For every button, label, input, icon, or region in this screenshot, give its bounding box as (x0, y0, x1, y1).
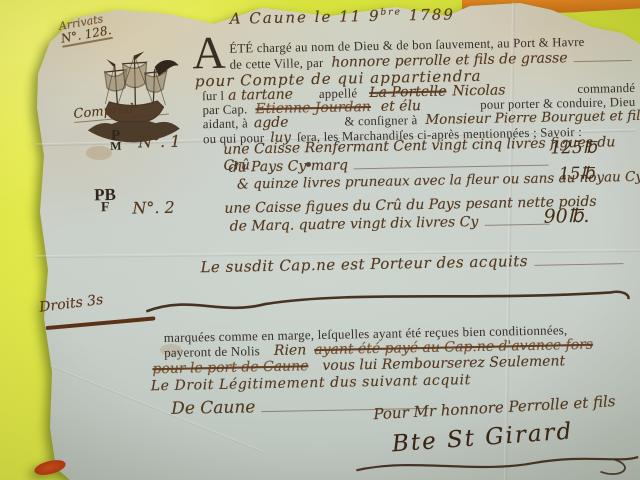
item2-number: N°. 2 (132, 198, 175, 218)
item1-amount1: 125℔ (550, 138, 597, 159)
ruled-line (534, 263, 623, 266)
porteur-line-row: Le susdit Cap.ne est Porteur des acquits (200, 250, 625, 276)
date-line: A Caune le 11 9bre 1789 (230, 5, 456, 27)
item2-amount1: 90℔. (543, 205, 589, 228)
ink-flourish-stroke (141, 282, 637, 324)
mark-bottom: M (110, 142, 122, 152)
document-content: Arrivats N°. 128. (0, 0, 640, 480)
item1-amount2: 15℔ (559, 164, 595, 185)
mark-bottom: F (101, 202, 110, 213)
dropcap-A: A (192, 30, 226, 77)
ruled-line (574, 60, 632, 62)
item1-merchant-mark: P M (110, 130, 122, 152)
item2-merchant-mark: PB F (94, 188, 116, 213)
ruled-line (354, 165, 549, 170)
photograph-of-document: Arrivats N°. 128. (0, 0, 640, 480)
closing-printed-2: payeront de Nolis (164, 343, 260, 361)
corner-archival-note: Arrivats N°. 128. (58, 12, 113, 48)
ruled-line (484, 224, 549, 226)
porteur-line: Le susdit Cap.ne est Porteur des acquits (200, 252, 528, 276)
date-month: 9 (369, 7, 381, 25)
closing-hw-rien: Rien (274, 342, 307, 359)
signature-flourish (352, 449, 640, 480)
place-signoff: De Caune (171, 397, 256, 419)
closing-hw-2: vous lui Rembourserez Seulement (322, 353, 565, 374)
item2-line2: de Marq. quatre vingt dix livres Cy (230, 214, 479, 235)
margin-droits-note: Droits 3s (38, 292, 104, 316)
date-month-suffix: bre (380, 7, 402, 17)
date-year: 1789 (409, 5, 456, 24)
item2-line2-row: de Marq. quatre vingt dix livres Cy (230, 213, 552, 235)
item1-number: N°. 1 (138, 132, 181, 152)
document-paper-sheet: Arrivats N°. 128. (0, 0, 640, 480)
date-prefix: A Caune le 11 (230, 7, 363, 28)
margin-ink-bar (46, 316, 156, 330)
closing-hw-struck-2: pour le port de Caune (152, 358, 308, 377)
item1-line2: du Pays Cy marq (228, 157, 348, 175)
